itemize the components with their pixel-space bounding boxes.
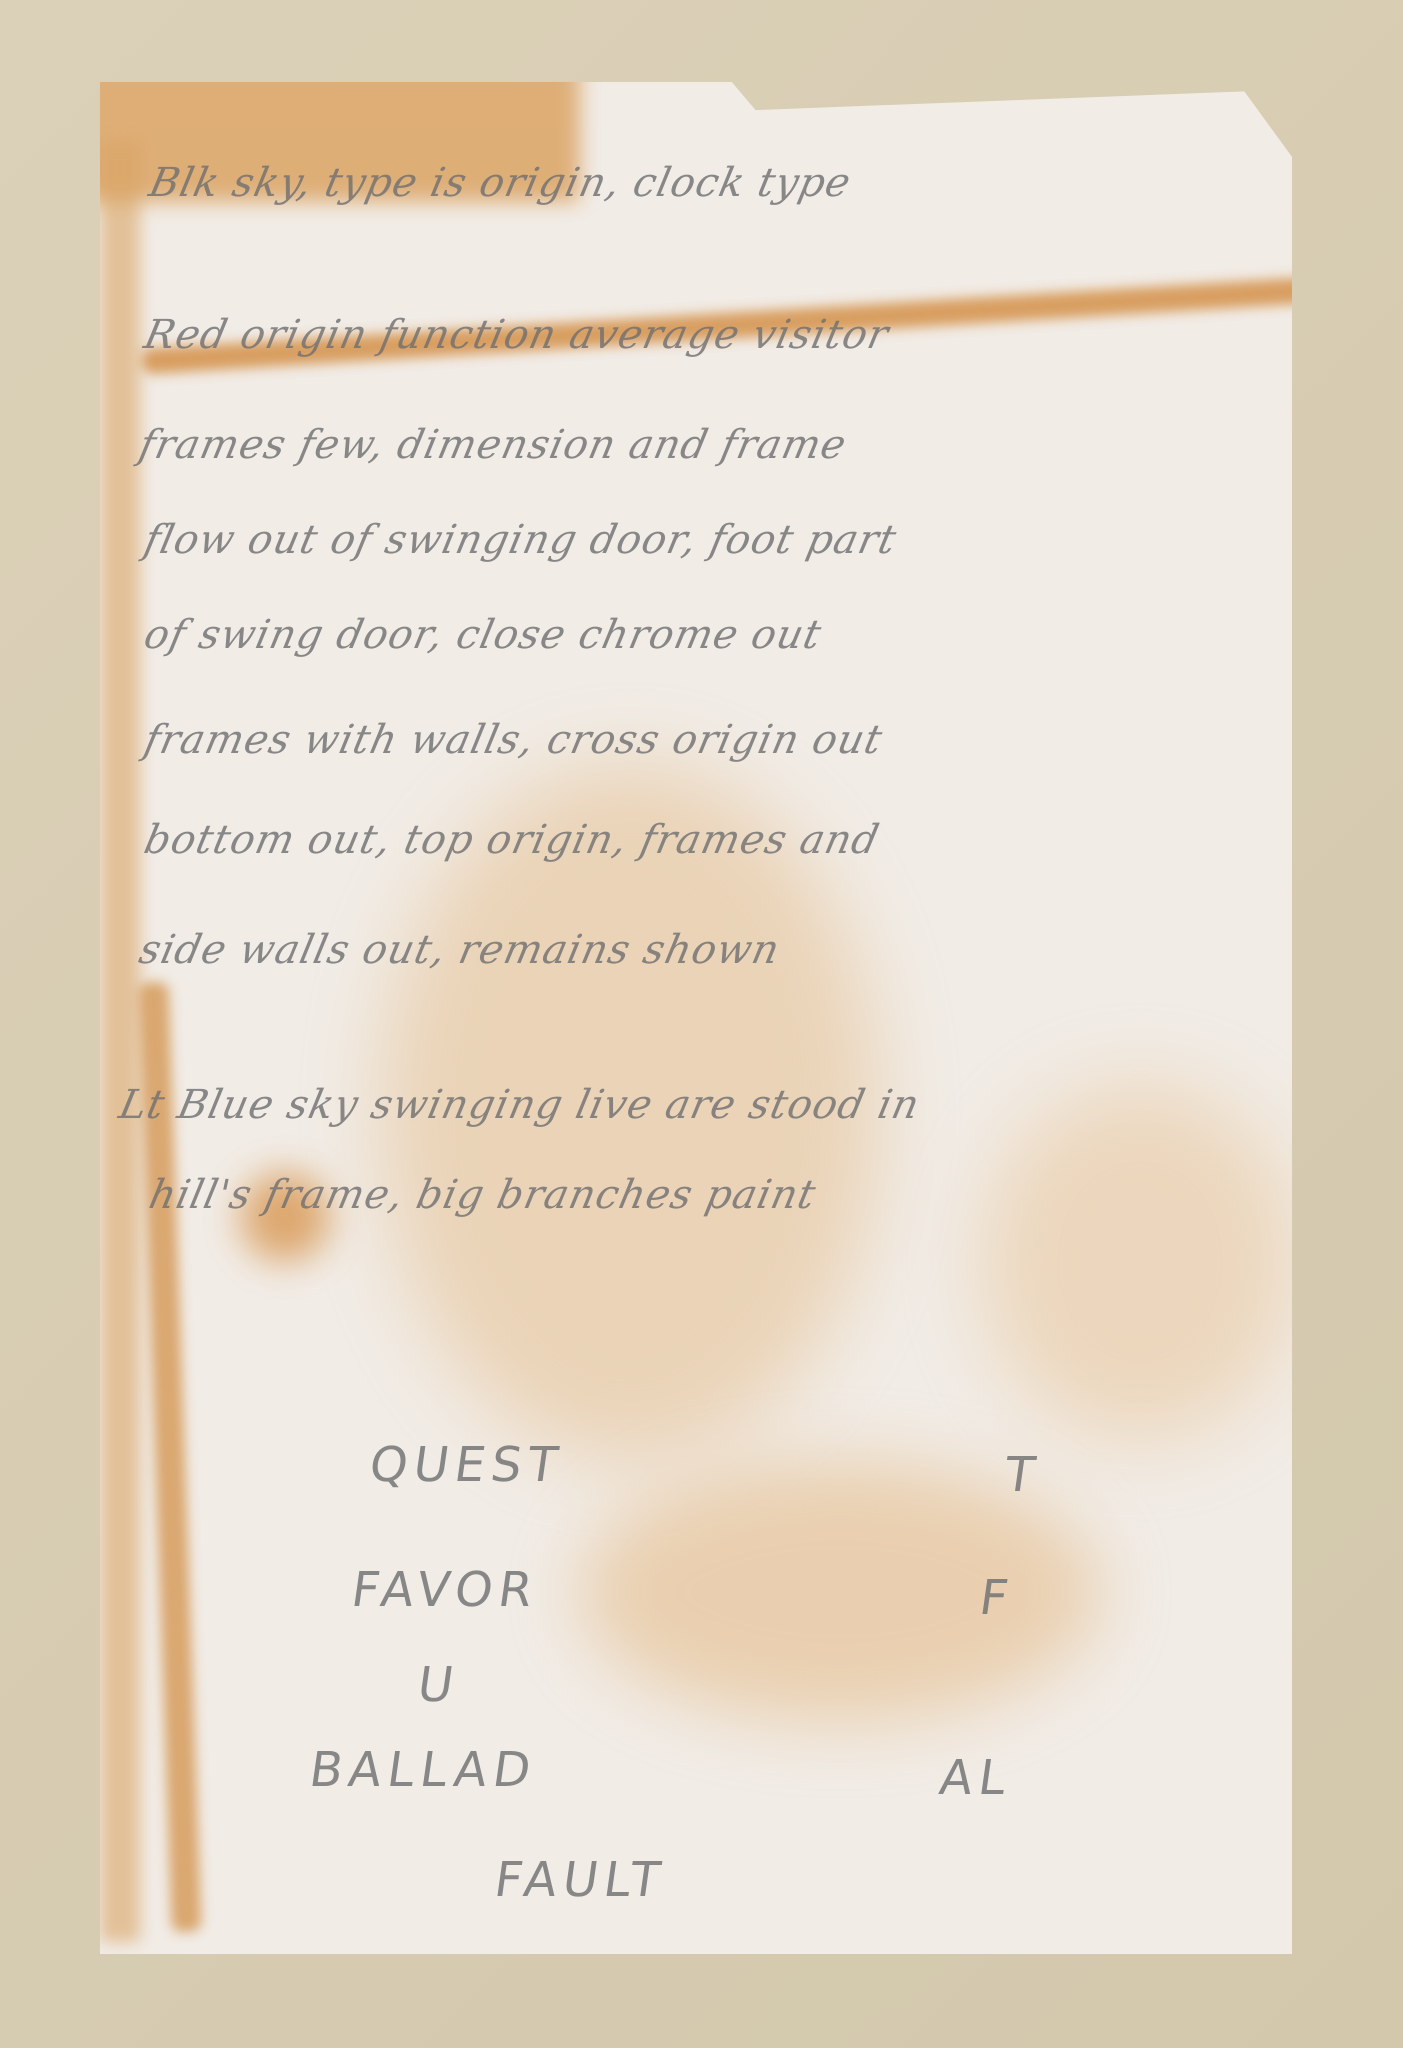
handwritten-line: side walls out, remains shown (135, 927, 784, 973)
rust-stain-left-edge (100, 142, 140, 1942)
block-word-right: AL (936, 1750, 1015, 1806)
handwritten-line: bottom out, top origin, frames and (140, 817, 884, 863)
handwritten-line: flow out of swinging door, foot part (140, 517, 901, 563)
block-word-left: U (414, 1657, 463, 1713)
handwritten-line: frames with walls, cross origin out (140, 717, 887, 763)
handwritten-note-card: Blk sky, type is origin, clock type Red … (100, 82, 1292, 1954)
block-word-left: QUEST (366, 1437, 567, 1493)
handwritten-line: of swing door, close chrome out (140, 612, 826, 658)
handwritten-line: frames few, dimension and frame (135, 422, 851, 468)
rust-stain-right (980, 1082, 1292, 1442)
block-word-left: BALLAD (306, 1742, 540, 1798)
handwritten-line: hill's frame, big branches paint (145, 1172, 820, 1218)
block-word-right: T (1001, 1447, 1044, 1503)
block-word-left: FAULT (491, 1852, 669, 1908)
handwritten-line: Blk sky, type is origin, clock type (145, 160, 855, 206)
handwritten-line: Lt Blue sky swinging live are stood in (115, 1082, 924, 1128)
handwritten-line: Red origin function average visitor (140, 312, 893, 358)
block-word-left: FAVOR (348, 1562, 542, 1618)
